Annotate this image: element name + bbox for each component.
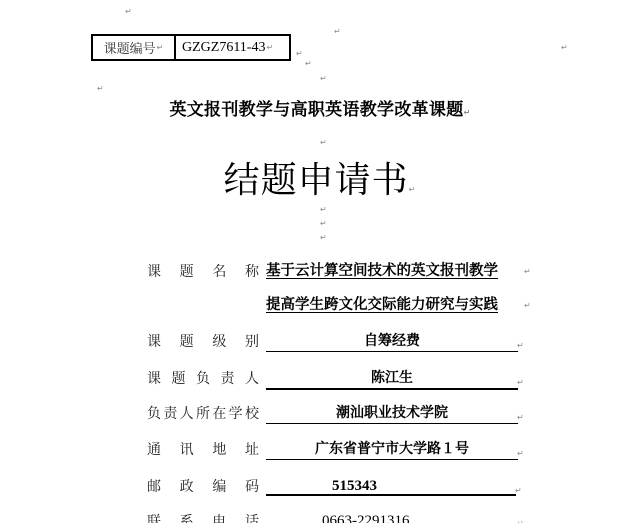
paragraph-mark: ↵	[320, 139, 327, 147]
label-char: 负	[147, 403, 161, 423]
paragraph-mark: ↵	[464, 108, 471, 117]
label-char: 人	[180, 403, 194, 423]
postcode-value[interactable]: 515343	[266, 476, 516, 496]
label-char: 责	[221, 368, 235, 388]
phone-value[interactable]: 0663-2291316	[266, 511, 518, 523]
label-char: 话	[245, 511, 259, 523]
project-name-line1[interactable]: 基于云计算空间技术的英文报刊教学	[266, 261, 498, 281]
field-value-text: 广东省普宁市大学路１号	[315, 441, 469, 457]
paragraph-mark: ↵	[517, 379, 524, 387]
paragraph-mark: ↵	[334, 28, 341, 36]
field-value-text: 515343	[332, 478, 377, 494]
paragraph-mark: ↵	[524, 268, 531, 276]
label-char: 校	[245, 403, 259, 423]
project-id-label-text: 课题编号	[104, 38, 156, 57]
label-char: 邮	[147, 476, 161, 496]
label-char: 课	[147, 331, 161, 351]
paragraph-mark: ↵	[515, 487, 522, 495]
school-value[interactable]: 潮汕职业技术学院	[266, 403, 518, 424]
label-char: 名	[212, 261, 226, 281]
paragraph-mark: ↵	[296, 50, 303, 58]
document-subtitle: 英文报刊教学与高职英语教学改革课题↵	[0, 95, 640, 120]
label-char: 在	[212, 403, 226, 423]
field-label: 通 讯 地 址	[147, 439, 259, 459]
paragraph-mark: ↵	[561, 44, 568, 52]
paragraph-mark: ↵	[517, 450, 524, 458]
project-id-label: 课题编号↵	[93, 36, 176, 59]
field-label: 课 题 负 责 人	[147, 368, 259, 388]
label-char: 称	[245, 261, 259, 281]
label-char: 题	[172, 368, 186, 388]
label-char: 编	[212, 476, 226, 496]
paragraph-mark: ↵	[409, 185, 417, 194]
label-char: 址	[245, 439, 259, 459]
field-label: 课 题 级 别	[147, 331, 259, 351]
label-char: 所	[196, 403, 210, 423]
label-char: 学	[229, 403, 243, 423]
label-char: 政	[180, 476, 194, 496]
paragraph-mark: ↵	[266, 44, 273, 52]
label-char: 系	[180, 511, 194, 523]
field-label: 邮 政 编 码	[147, 476, 259, 496]
project-id-value-text: GZGZ7611-43	[182, 40, 265, 56]
field-label: 负 责 人 所 在 学 校	[147, 403, 259, 423]
label-char: 题	[180, 331, 194, 351]
field-label: 联 系 电 话	[147, 511, 259, 523]
paragraph-mark: ↵	[517, 414, 524, 422]
document-title: 结题申请书↵	[0, 152, 640, 203]
label-char: 级	[212, 331, 226, 351]
field-value-text: 潮汕职业技术学院	[336, 405, 448, 421]
label-char: 责	[163, 403, 177, 423]
label-char: 通	[147, 439, 161, 459]
label-char: 码	[245, 476, 259, 496]
label-char: 题	[180, 261, 194, 281]
paragraph-mark: ↵	[157, 44, 164, 52]
paragraph-mark: ↵	[524, 302, 531, 310]
label-char: 地	[212, 439, 226, 459]
paragraph-mark: ↵	[97, 85, 104, 93]
paragraph-mark: ↵	[125, 8, 132, 16]
paragraph-mark: ↵	[320, 220, 327, 228]
label-char: 别	[245, 331, 259, 351]
field-value-text: 0663-2291316	[322, 513, 410, 523]
field-label: 课 题 名 称	[147, 261, 259, 281]
project-id-value[interactable]: GZGZ7611-43↵	[176, 36, 289, 59]
label-char: 讯	[180, 439, 194, 459]
paragraph-mark: ↵	[320, 75, 327, 83]
project-name-line2[interactable]: 提高学生跨文化交际能力研究与实践	[266, 295, 498, 315]
paragraph-mark: ↵	[305, 60, 312, 68]
project-id-table: 课题编号↵ GZGZ7611-43↵	[91, 34, 291, 61]
label-char: 负	[196, 368, 210, 388]
field-value-text: 陈江生	[371, 370, 413, 386]
label-char: 联	[147, 511, 161, 523]
title-text: 结题申请书	[224, 160, 409, 201]
paragraph-mark: ↵	[320, 206, 327, 214]
field-value-text: 提高学生跨文化交际能力研究与实践	[266, 296, 498, 313]
field-value-text: 自筹经费	[364, 333, 420, 349]
project-level-value[interactable]: 自筹经费	[266, 331, 518, 352]
project-leader-value[interactable]: 陈江生	[266, 368, 518, 390]
label-char: 人	[245, 368, 259, 388]
address-value[interactable]: 广东省普宁市大学路１号	[266, 439, 518, 460]
paragraph-mark: ↵	[320, 234, 327, 242]
label-char: 电	[212, 511, 226, 523]
paragraph-mark: ↵	[517, 342, 524, 350]
subtitle-text: 英文报刊教学与高职英语教学改革课题	[169, 100, 463, 120]
label-char: 课	[147, 261, 161, 281]
label-char: 课	[147, 368, 161, 388]
field-value-text: 基于云计算空间技术的英文报刊教学	[266, 262, 498, 279]
